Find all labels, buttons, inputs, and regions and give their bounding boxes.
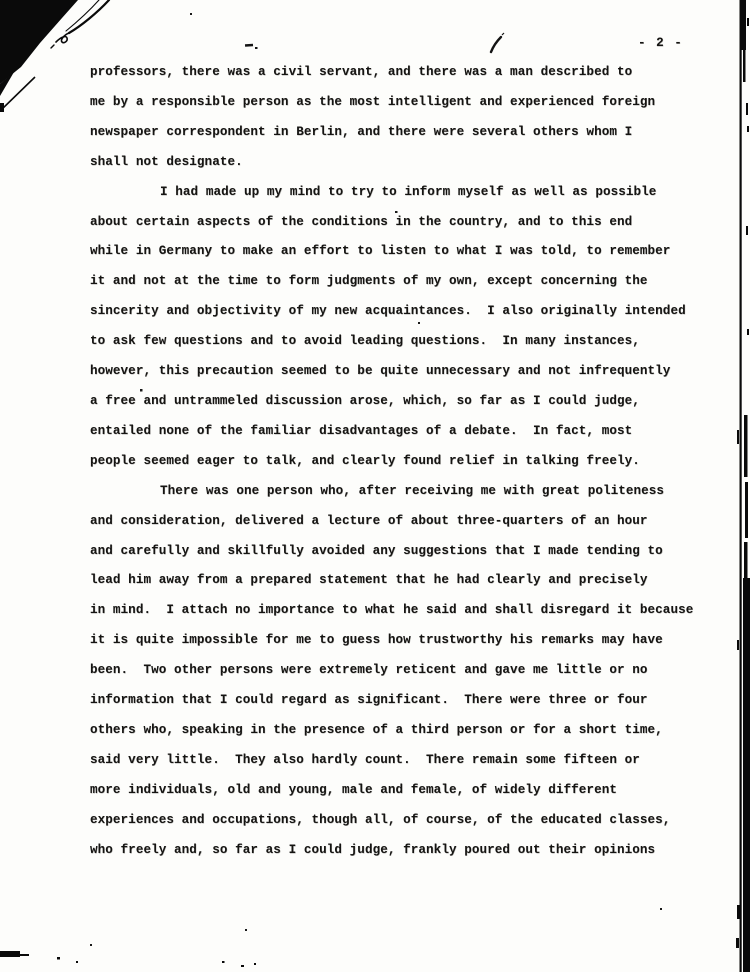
bottom-left-smudge-mark	[0, 951, 256, 967]
corner-fold-mark	[0, 0, 78, 96]
text-line: more individuals, old and young, male an…	[90, 776, 730, 806]
text-line: it is quite impossible for me to guess h…	[90, 626, 730, 656]
document-body-text: professors, there was a civil servant, a…	[90, 58, 730, 865]
text-line: said very little. They also hardly count…	[90, 746, 730, 776]
header-dash-mark	[245, 44, 258, 49]
text-line: and carefully and skillfully avoided any…	[90, 537, 730, 567]
text-line-paragraph-start: I had made up my mind to try to inform m…	[90, 178, 730, 208]
text-line: entailed none of the familiar disadvanta…	[90, 417, 730, 447]
text-line: information that I could regard as signi…	[90, 686, 730, 716]
text-line: newspaper correspondent in Berlin, and t…	[90, 118, 730, 148]
pen-squiggle-mark	[51, 0, 109, 48]
text-line: a free and untrammeled discussion arose,…	[90, 387, 730, 417]
text-line: it and not at the time to form judgments…	[90, 267, 730, 297]
page-number: - 2 -	[638, 36, 683, 50]
header-pen-stroke-mark	[491, 33, 504, 52]
text-line: about certain aspects of the conditions …	[90, 208, 730, 238]
text-line: professors, there was a civil servant, a…	[90, 58, 730, 88]
text-line-paragraph-start: There was one person who, after receivin…	[90, 477, 730, 507]
text-line: in mind. I attach no importance to what …	[90, 596, 730, 626]
text-line: me by a responsible person as the most i…	[90, 88, 730, 118]
text-line: been. Two other persons were extremely r…	[90, 656, 730, 686]
text-line: people seemed eager to talk, and clearly…	[90, 447, 730, 477]
scanned-document-page: - 2 - professors, there was a civil serv…	[0, 0, 750, 972]
text-line: while in Germany to make an effort to li…	[90, 237, 730, 267]
text-line: shall not designate.	[90, 148, 730, 178]
text-line: and consideration, delivered a lecture o…	[90, 507, 730, 537]
text-line: lead him away from a prepared statement …	[90, 566, 730, 596]
text-line: experiences and occupations, though all,…	[90, 806, 730, 836]
right-scan-edge-line	[736, 0, 750, 972]
text-line: others who, speaking in the presence of …	[90, 716, 730, 746]
text-line: sincerity and objectivity of my new acqu…	[90, 297, 730, 327]
text-line: however, this precaution seemed to be qu…	[90, 357, 730, 387]
text-line: who freely and, so far as I could judge,…	[90, 836, 730, 866]
text-line: to ask few questions and to avoid leadin…	[90, 327, 730, 357]
corner-crease-line	[0, 77, 35, 112]
